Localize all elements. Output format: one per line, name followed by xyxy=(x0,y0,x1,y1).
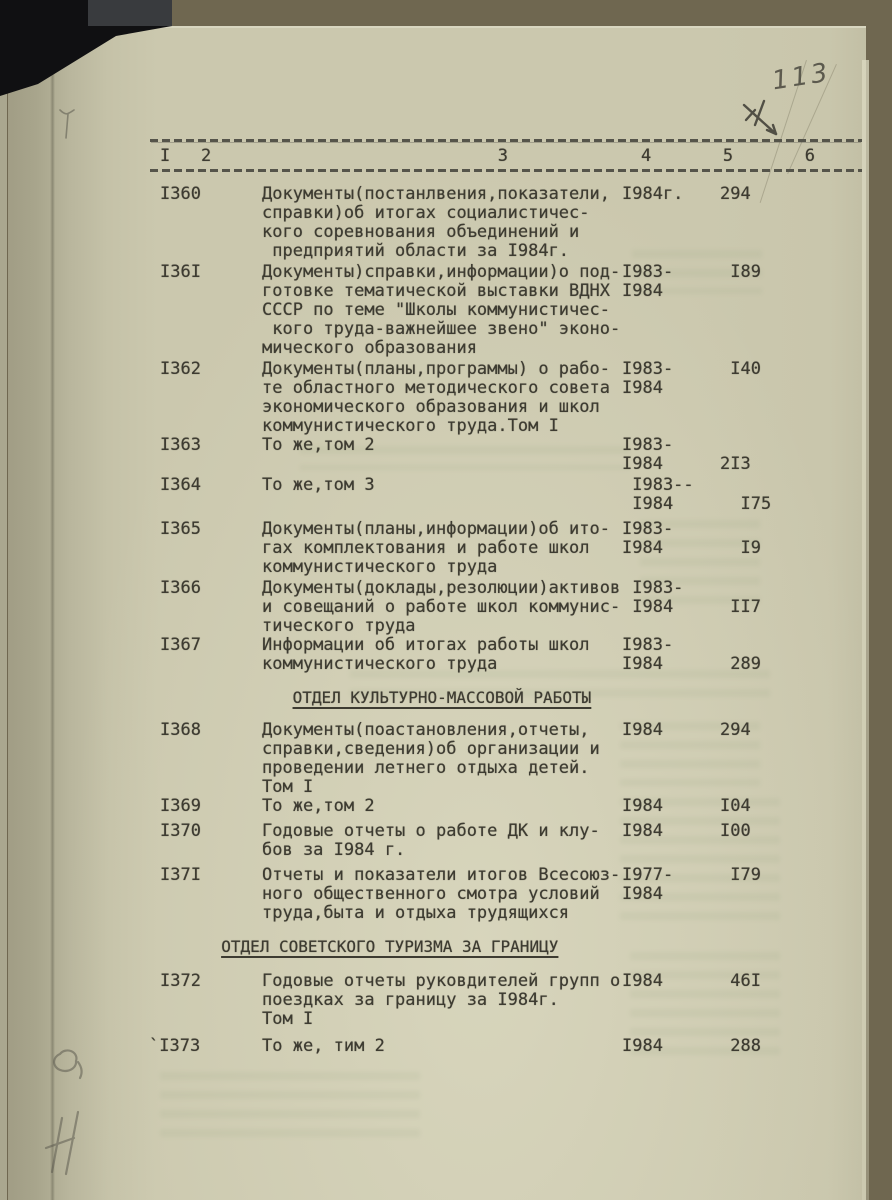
entry-years: I984 xyxy=(622,721,720,797)
entry-description: Документы(поастановления,отчеты, справки… xyxy=(262,721,622,797)
entry-number: I370 xyxy=(160,822,262,860)
table-row: I364То же,том 3 I983-- I984 I75 xyxy=(0,476,892,514)
entry-years: I983- I984 xyxy=(622,579,720,636)
entry-number: I366 xyxy=(160,579,262,636)
entry-number: I360 xyxy=(160,185,262,261)
table-row: I368Документы(поастановления,отчеты, спр… xyxy=(0,721,892,797)
entry-number: I372 xyxy=(160,972,262,1029)
table-row: `I373То же, тим 2I984 288 xyxy=(0,1037,892,1056)
table-row: I367Информации об итогах работы школ ком… xyxy=(0,636,892,674)
entry-description: Документы(постанлвения,показатели, справ… xyxy=(262,185,622,261)
scanned-document-page: 113 I 2 3 4 5 6 I360Док xyxy=(0,0,892,1200)
entry-years: I984 xyxy=(622,1037,720,1056)
entry-description: Годовые отчеты о работе ДК и клу- бов за… xyxy=(262,822,622,860)
entry-years: I983- I984 xyxy=(622,263,720,358)
section-heading-text: ОТДЕЛ СОВЕТСКОГО ТУРИЗМА ЗА ГРАНИЦУ xyxy=(221,937,558,956)
entry-pages: 46I xyxy=(720,972,830,1029)
section-heading: ОТДЕЛ КУЛЬТУРНО-МАССОВОЙ РАБОТЫ xyxy=(0,688,892,707)
table-row: I37IОтчеты и показатели итогов Всесоюз- … xyxy=(0,866,892,923)
entry-number: I364 xyxy=(160,476,262,514)
entry-number: I365 xyxy=(160,520,262,577)
entry-years: I983- I984 xyxy=(622,636,720,674)
table-rows: I360Документы(постанлвения,показатели, с… xyxy=(0,185,892,1056)
table-row: I369То же,том 2I984I04 xyxy=(0,797,892,816)
entry-number: I362 xyxy=(160,360,262,436)
entry-pages: I04 xyxy=(720,797,830,816)
dashed-rule-top xyxy=(150,139,862,142)
table-row: I372Годовые отчеты руковдителей групп о … xyxy=(0,972,892,1029)
entry-number: I36I xyxy=(160,263,262,358)
entry-description: То же,том 3 xyxy=(262,476,622,514)
entry-years: I977- I984 xyxy=(622,866,720,923)
entry-description: То же,том 2 xyxy=(262,797,622,816)
entry-pages: 288 xyxy=(720,1037,830,1056)
small-tick-mark xyxy=(56,104,80,144)
table-row: I370Годовые отчеты о работе ДК и клу- бо… xyxy=(0,822,892,860)
entry-number: I37I xyxy=(160,866,262,923)
entry-pages: 294 xyxy=(720,185,830,261)
entry-description: Годовые отчеты руковдителей групп о поез… xyxy=(262,972,622,1029)
entry-description: Информации об итогах работы школ коммуни… xyxy=(262,636,622,674)
entry-years: I983- I984 xyxy=(622,436,720,474)
entry-description: Документы(доклады,резолюции)активов и со… xyxy=(262,579,622,636)
entry-number: I367 xyxy=(160,636,262,674)
entry-years: I983- I984 xyxy=(622,520,720,577)
entry-years: I984 xyxy=(622,797,720,816)
entry-number: I363 xyxy=(160,436,262,474)
entry-description: То же,том 2 xyxy=(262,436,622,474)
table-row: I366Документы(доклады,резолюции)активов … xyxy=(0,579,892,636)
entry-years: I984 xyxy=(622,822,720,860)
entry-years: I983- I984 xyxy=(622,360,720,436)
entry-pages: 294 xyxy=(720,721,830,797)
entry-description: Отчеты и показатели итогов Всесоюз- ного… xyxy=(262,866,622,923)
entry-description: То же, тим 2 xyxy=(262,1037,622,1056)
entry-number: I369 xyxy=(160,797,262,816)
entry-description: Документы)справки,информации)о под- гото… xyxy=(262,263,622,358)
entry-pages: I40 xyxy=(720,360,830,436)
entry-pages: 289 xyxy=(720,636,830,674)
column-ruler: I 2 3 4 5 6 xyxy=(160,147,815,166)
entry-description: Документы(планы,информации)об ито- гах к… xyxy=(262,520,622,577)
table-row: I363То же,том 2I983- I984 2I3 xyxy=(0,436,892,474)
table-row: I365Документы(планы,информации)об ито- г… xyxy=(0,520,892,577)
entry-years: I984 xyxy=(622,972,720,1029)
entry-years: I983-- I984 xyxy=(622,476,720,514)
entry-pages: II7 xyxy=(720,579,830,636)
entry-pages: I89 xyxy=(720,263,830,358)
section-heading-text: ОТДЕЛ КУЛЬТУРНО-МАССОВОЙ РАБОТЫ xyxy=(293,688,592,707)
entry-pages: I00 xyxy=(720,822,830,860)
pencil-scribble xyxy=(38,1040,108,1190)
entry-pages: I75 xyxy=(720,476,830,514)
table-row: I362Документы(планы,программы) о рабо- т… xyxy=(0,360,892,436)
entry-pages: I9 xyxy=(720,520,830,577)
dashed-rule-bottom xyxy=(150,169,862,172)
bleedthrough-ghost xyxy=(160,1072,420,1142)
section-heading: ОТДЕЛ СОВЕТСКОГО ТУРИЗМА ЗА ГРАНИЦУ xyxy=(0,937,892,956)
entry-description: Документы(планы,программы) о рабо- те об… xyxy=(262,360,622,436)
table-row: I360Документы(постанлвения,показатели, с… xyxy=(0,185,892,261)
entry-pages: 2I3 xyxy=(720,436,830,474)
table-row: I36IДокументы)справки,информации)о под- … xyxy=(0,263,892,358)
entry-number: I368 xyxy=(160,721,262,797)
entry-years: I984г. xyxy=(622,185,720,261)
scanner-edge xyxy=(88,0,172,26)
crossed-check-mark xyxy=(740,98,784,142)
entry-number: `I373 xyxy=(160,1037,262,1056)
entry-pages: I79 xyxy=(720,866,830,923)
